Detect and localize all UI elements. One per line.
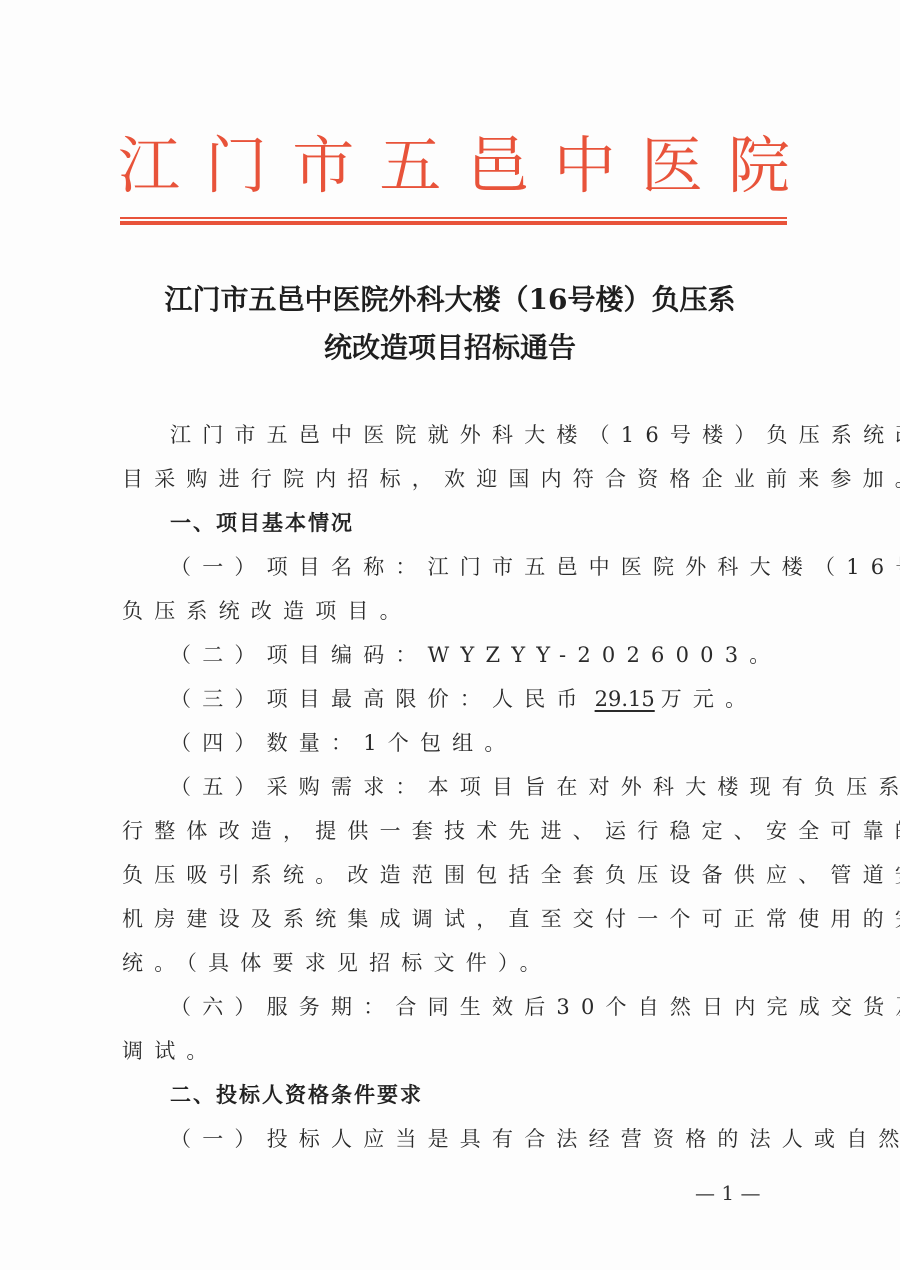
masthead-char: 五	[379, 126, 441, 206]
intro-line-2: 目采购进行院内招标，欢迎国内符合资格企业前来参加。	[122, 463, 792, 495]
masthead-char: 邑	[467, 126, 529, 206]
page-number: — 1 —	[695, 1178, 760, 1208]
masthead-divider-thin	[120, 217, 787, 219]
price-label: （三）项目最高限价：人民币	[170, 687, 589, 711]
item-1-6-line-2: 调试。	[122, 1035, 792, 1067]
masthead-char: 门	[205, 126, 267, 206]
masthead-char: 院	[728, 126, 790, 206]
section-2-heading: 二、投标人资格条件要求	[170, 1079, 423, 1111]
item-1-3-line-1: （三）项目最高限价：人民币29.15万元。	[170, 683, 840, 715]
item-1-4-line-1: （四）数量：1个包组。	[170, 727, 840, 759]
masthead-divider-thick	[120, 221, 787, 225]
item-1-5-line-1: （五）采购需求：本项目旨在对外科大楼现有负压系统进	[170, 771, 840, 803]
item-1-2-line-1: （二）项目编码：WYZYY-2026003。	[170, 639, 840, 671]
masthead-char: 市	[292, 126, 354, 206]
masthead-char: 医	[641, 126, 703, 206]
price-value: 29.15	[589, 687, 661, 711]
item-1-5-line-3: 负压吸引系统。改造范围包括全套负压设备供应、管道安装、	[122, 859, 792, 891]
title-line-2: 统改造项目招标通告	[110, 324, 790, 372]
section-1-heading: 一、项目基本情况	[170, 507, 354, 539]
title-line-1: 江门市五邑中医院外科大楼（16号楼）负压系	[110, 276, 790, 324]
document-page: 江 门 市 五 邑 中 医 院 江门市五邑中医院外科大楼（16号楼）负压系 统改…	[0, 0, 900, 1270]
document-title: 江门市五邑中医院外科大楼（16号楼）负压系 统改造项目招标通告	[110, 276, 790, 372]
intro-line-1: 江门市五邑中医院就外科大楼（16号楼）负压系统改造项	[170, 419, 840, 451]
masthead-org-name: 江 门 市 五 邑 中 医 院	[118, 126, 790, 206]
item-1-5-line-4: 机房建设及系统集成调试，直至交付一个可正常使用的完整系	[122, 903, 792, 935]
item-1-5-line-2: 行整体改造，提供一套技术先进、运行稳定、安全可靠的中央	[122, 815, 792, 847]
item-2-1-line-1: （一）投标人应当是具有合法经营资格的法人或自然人。	[170, 1123, 840, 1155]
item-1-1-line-1: （一）项目名称：江门市五邑中医院外科大楼（16号楼）	[170, 551, 840, 583]
item-1-5-line-5: 统。（具体要求见招标文件）。	[122, 947, 792, 979]
masthead-char: 江	[118, 126, 180, 206]
masthead-char: 中	[554, 126, 616, 206]
item-1-6-line-1: （六）服务期：合同生效后30个自然日内完成交货及安装	[170, 991, 840, 1023]
item-1-1-line-2: 负压系统改造项目。	[122, 595, 792, 627]
price-unit: 万元。	[661, 687, 758, 711]
